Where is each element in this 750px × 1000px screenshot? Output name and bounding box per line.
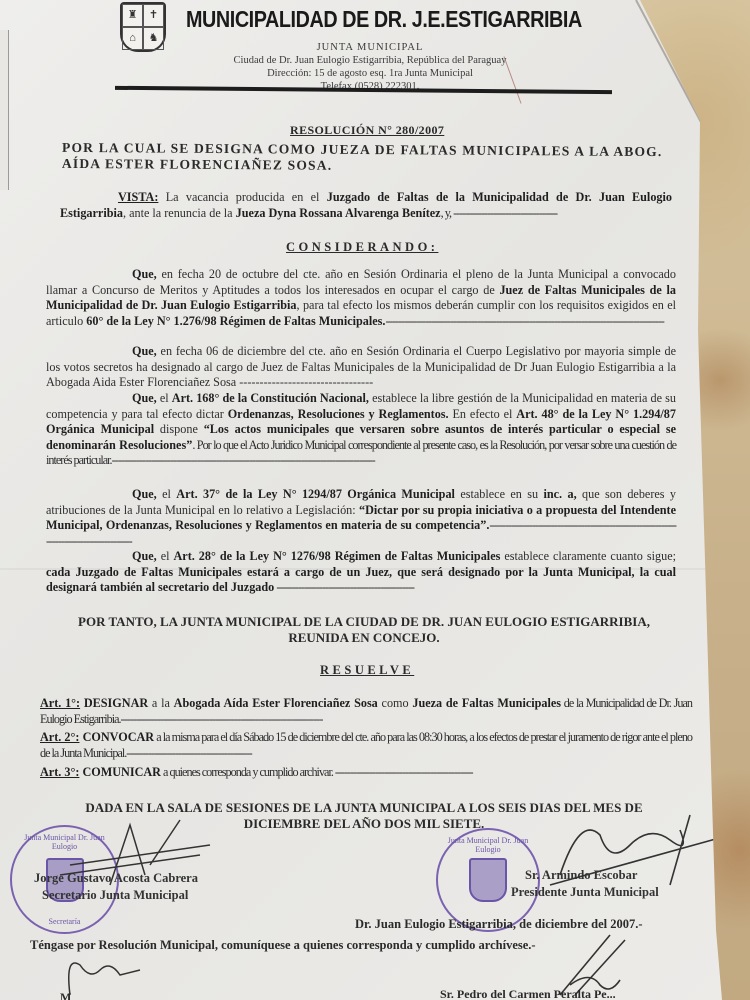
por-tanto-statement: POR TANTO, LA JUNTA MUNICIPAL DE LA CIUD… [44, 614, 684, 646]
vista-text: , ante la renuncia de la [123, 206, 236, 220]
paragraph-text: establece claramente cuanto sigue; [500, 549, 676, 563]
header-city: Ciudad de Dr. Juan Eulogio Estigarribia,… [200, 55, 540, 66]
article-verb: CONVOCAR [79, 730, 154, 744]
resolution-subject: POR LA CUAL SE DESIGNA COMO JUEZA DE FAL… [62, 140, 667, 176]
president-title: Presidente Junta Municipal [511, 884, 659, 901]
considerando-paragraph-3: Que, el Art. 168° de la Constitución Nac… [46, 391, 676, 469]
article-verb: COMUNICAR [79, 765, 161, 779]
por-tanto-line-2: REUNIDA EN CONCEJO. [44, 630, 684, 646]
folded-page-edge [0, 30, 9, 190]
article-bold: Jueza de Faltas Municipales [412, 696, 561, 710]
issue-date-line: Dr. Juan Eulogio Estigarribia, de diciem… [355, 917, 643, 932]
paragraph-bold: Art. 28° de la Ley N° 1276/98 Régimen de… [174, 549, 501, 563]
paragraph-bold: Art. 168° de la Constitución Nacional, [172, 391, 369, 405]
resolution-number: RESOLUCIÓN N° 280/2007 [290, 123, 444, 138]
considerando-paragraph-4: Que, el Art. 37° de la Ley N° 1294/87 Or… [46, 487, 676, 549]
paragraph-bold: 60° de la Ley N° 1.276/98 Régimen de Fal… [86, 314, 385, 328]
considerando-heading: CONSIDERANDO: [286, 240, 438, 255]
article-label: Art. 3°: [40, 765, 79, 779]
vista-label: VISTA: [118, 190, 158, 204]
stamp-bottom-text: Secretaría [12, 917, 117, 926]
paragraph-bold: Art. 37° de la Ley N° 1294/87 Orgánica M… [176, 487, 455, 501]
paragraph-text: el [157, 487, 177, 501]
document-page: ♜✝⌂♞ MUNICIPALIDAD DE DR. J.E.ESTIGARRIB… [0, 0, 750, 1000]
article-text: a quienes corresponda y cumplido archiva… [161, 765, 473, 779]
article-label: Art. 2°: [40, 730, 79, 744]
bottom-left-name: M [60, 990, 71, 1000]
tengase-statement: Téngase por Resolución Municipal, comuní… [30, 938, 536, 953]
stamp-shield-icon [469, 858, 507, 902]
paragraph-dashes: ----------------------------------------… [274, 580, 414, 594]
paragraph-text: el [157, 549, 174, 563]
por-tanto-line-1: POR TANTO, LA JUNTA MUNICIPAL DE LA CIUD… [44, 614, 684, 630]
header-subtitle: JUNTA MUNICIPAL [200, 42, 540, 53]
secretary-title: Secretario Junta Municipal [34, 887, 198, 904]
document-header-title: MUNICIPALIDAD DE DR. J.E.ESTIGARRIBIA [186, 6, 582, 33]
bottom-left-signature-icon [60, 950, 150, 1000]
article-label: Art. 1°: [40, 696, 80, 710]
paragraph-text: dispone [154, 422, 204, 436]
stamp-ring-text: Junta Municipal Dr. Juan Eulogio [438, 836, 538, 854]
considerando-paragraph-1: Que, en fecha 20 de octubre del cte. año… [46, 267, 676, 329]
considerando-paragraph-5: Que, el Art. 28° de la Ley N° 1276/98 Ré… [46, 549, 676, 596]
considerando-paragraph-2: Que, en fecha 06 de diciembre del cte. a… [46, 344, 676, 391]
vista-paragraph: VISTA: La vacancia producida en el Juzga… [60, 190, 672, 221]
paragraph-text: el [157, 391, 172, 405]
que-label: Que, [132, 487, 157, 501]
paragraph-dashes: ----------------------------------------… [385, 314, 663, 328]
secretary-name: Jorge Gustavo Acosta Cabrera [34, 870, 198, 887]
paragraph-bold: Ordenanzas, Resoluciones y Reglamentos. [228, 407, 449, 421]
vista-text: La vacancia producida en el [158, 190, 326, 204]
resuelve-heading: RESUELVE [320, 663, 414, 678]
que-label: Que, [132, 391, 157, 405]
paragraph-text: establece en su [455, 487, 544, 501]
vista-dashes: , y, ---------------------------------- [441, 206, 557, 220]
paragraph-bold: inc. a, [543, 487, 576, 501]
president-signature-block: Sr. Armindo Escobar Presidente Junta Mun… [511, 867, 659, 901]
header-address: Dirección: 15 de agosto esq. 1ra Junta M… [200, 68, 540, 79]
article-3: Art. 3°: COMUNICAR a quienes corresponda… [40, 765, 692, 781]
president-name: Sr. Armindo Escobar [511, 867, 659, 884]
article-1: Art. 1°: DESIGNAR a la Abogada Aída Este… [40, 696, 692, 727]
article-text: como [378, 696, 413, 710]
vista-bold-judge: Jueza Dyna Rossana Alvarenga Benítez [236, 206, 441, 220]
bottom-signatory-name: Sr. Pedro del Carmen Peralta Pe... [440, 987, 616, 1000]
paragraph-text: En efecto el [449, 407, 517, 421]
article-verb: DESIGNAR [80, 696, 148, 710]
municipal-coat-of-arms-icon: ♜✝⌂♞ [120, 2, 166, 52]
que-label: Que, [132, 549, 157, 563]
secretary-signature-block: Jorge Gustavo Acosta Cabrera Secretario … [34, 870, 198, 904]
que-label: Que, [132, 267, 157, 281]
que-label: Que, [132, 344, 157, 358]
article-text: a la [148, 696, 173, 710]
article-bold: Abogada Aída Ester Florenciañez Sosa [174, 696, 378, 710]
article-2: Art. 2°: CONVOCAR a la misma para el día… [40, 730, 692, 761]
